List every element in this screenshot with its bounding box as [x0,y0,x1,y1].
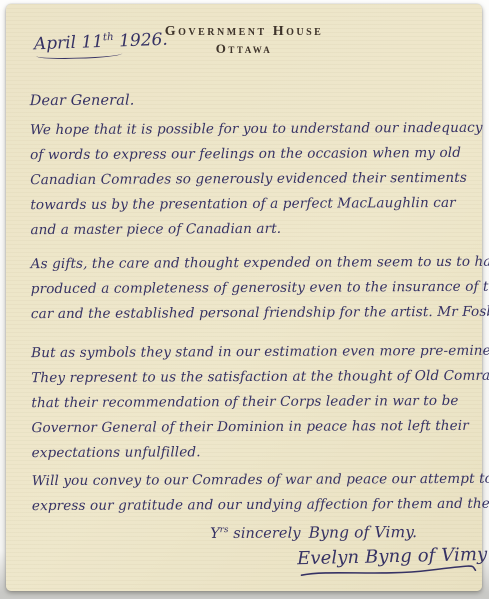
paragraph-1: We hope that it is possible for you to u… [30,116,468,243]
letter-paper: Government House Ottawa April 11th 1926.… [6,4,482,591]
signature: Evelyn Byng of Vimy [297,542,470,579]
paragraph-2: As gifts, the care and thought expended … [31,250,468,327]
body-line: They represent to us the satisfaction at… [31,364,468,391]
body-line: Will you convey to our Comrades of war a… [32,467,469,494]
body-line: As gifts, the care and thought expended … [31,250,468,277]
body-line: Canadian Comrades so generously evidence… [30,166,467,193]
paragraph-4: Will you convey to our Comrades of war a… [32,467,469,519]
date-year: 1926. [113,30,168,52]
paragraph-3: But as symbols they stand in our estimat… [31,339,469,466]
body-line: car and the established personal friends… [31,300,468,327]
date-underline-flourish [36,50,122,59]
closing-name: Byng of Vimy. [309,523,418,542]
salutation: Dear General. [30,87,467,114]
body-line: and a master piece of Canadian art. [30,216,467,243]
body-line: of words to express our feelings on the … [30,141,467,168]
body-line: We hope that it is possible for you to u… [30,116,467,143]
body-line: that their recommendation of their Corps… [31,389,468,416]
signature-text: Evelyn Byng of Vimy [297,544,488,569]
valediction-rest: sincerely [229,526,301,542]
body-line: But as symbols they stand in our estimat… [31,339,468,366]
valediction-superscript: rs [220,525,229,535]
letter-body: Dear General. We hope that it is possibl… [30,87,470,579]
body-line: Governor General of their Dominion in pe… [31,414,468,441]
date-ordinal: th [103,32,114,43]
body-line: expectations unfulfilled. [32,439,469,466]
body-line: express our gratitude and our undying af… [32,492,469,519]
body-line: produced a completeness of generosity ev… [31,275,468,302]
valediction-text: Y [210,526,220,542]
scan-background: Government House Ottawa April 11th 1926.… [0,0,489,599]
date: April 11th 1926. [34,30,169,61]
body-line: towards us by the presentation of a perf… [30,191,467,218]
